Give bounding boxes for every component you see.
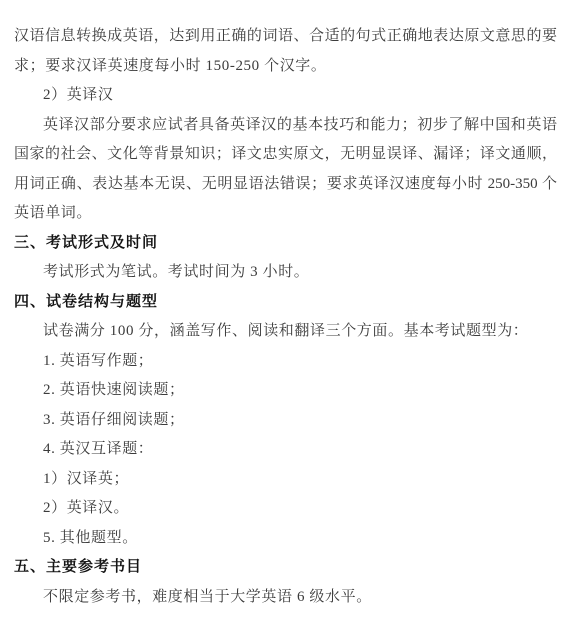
text-line: 英语单词。 — [14, 199, 557, 229]
text-line: 不限定参考书，难度相当于大学英语 6 级水平。 — [14, 583, 557, 613]
text-line: 2）英译汉 — [14, 81, 557, 111]
section-heading: 五、主要参考书目 — [14, 553, 557, 583]
text-line: 汉语信息转换成英语，达到用正确的词语、合适的句式正确地表达原文意思的要 — [14, 22, 557, 52]
text-line: 求；要求汉译英速度每小时 150-250 个汉字。 — [14, 52, 557, 82]
text-line: 2. 英语快速阅读题； — [14, 376, 557, 406]
text-line: 1）汉译英； — [14, 465, 557, 495]
text-line: 5. 其他题型。 — [14, 524, 557, 554]
text-line: 3. 英语仔细阅读题； — [14, 406, 557, 436]
text-line: 用词正确、表达基本无误、无明显语法错误；要求英译汉速度每小时 250-350 个 — [14, 170, 557, 200]
text-line: 4. 英汉互译题： — [14, 435, 557, 465]
text-line: 英译汉部分要求应试者具备英译汉的基本技巧和能力；初步了解中国和英语 — [14, 111, 557, 141]
text-line: 1. 英语写作题； — [14, 347, 557, 377]
document-page: 汉语信息转换成英语，达到用正确的词语、合适的句式正确地表达原文意思的要求；要求汉… — [0, 0, 570, 630]
section-heading: 四、试卷结构与题型 — [14, 288, 557, 318]
text-line: 试卷满分 100 分，涵盖写作、阅读和翻译三个方面。基本考试题型为： — [14, 317, 557, 347]
text-line: 2）英译汉。 — [14, 494, 557, 524]
text-line: 国家的社会、文化等背景知识；译文忠实原文，无明显误译、漏译；译文通顺， — [14, 140, 557, 170]
section-heading: 三、考试形式及时间 — [14, 229, 557, 259]
text-line: 考试形式为笔试。考试时间为 3 小时。 — [14, 258, 557, 288]
